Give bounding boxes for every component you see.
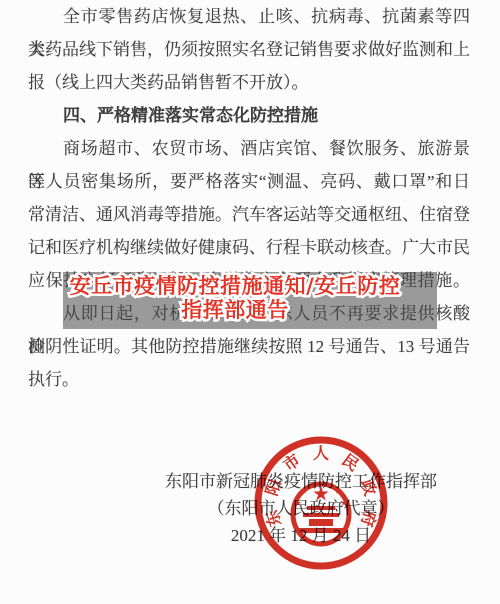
document-line: 全市零售药店恢复退热、止咳、抗病毒、抗菌素等四大 [28,0,470,33]
watermark-title-text: 指挥部通告 [181,298,289,322]
national-emblem-icon [293,484,349,544]
svg-text:阳: 阳 [262,477,285,498]
document-line: 常清洁、通风消毒等措施。汽车客运站等交通枢纽、住宿登 [28,198,470,231]
document-line: 商场超市、农贸市场、酒店宾馆、餐饮服务、旅游景区 [28,132,470,165]
document-line: 类药品线下销售，仍须按照实名登记销售要求做好监测和上 [28,33,470,66]
svg-text:府: 府 [357,508,380,529]
watermark-title-line-2: 指挥部通告 指挥部通告 [46,298,424,322]
watermark-title: 安丘市疫情防控措施通知/安丘防控 安丘市疫情防控措施通知/安丘防控 指挥部通告 … [46,274,424,322]
official-seal: 东 阳 市 人 民 政 府 [250,432,392,574]
document-line: 测阴性证明。其他防控措施继续按照 12 号通告、13 号通告 [28,330,470,363]
notice-document: 全市零售药店恢复退热、止咳、抗病毒、抗菌素等四大 类药品线下销售，仍须按照实名登… [0,0,500,604]
document-body: 全市零售药店恢复退热、止咳、抗病毒、抗菌素等四大 类药品线下销售，仍须按照实名登… [28,0,470,396]
document-line: 执行。 [28,363,470,396]
document-line: 记和医疗机构继续做好健康码、行程卡联动核查。广大市民 [28,231,470,264]
svg-text:政: 政 [357,477,380,498]
svg-text:人: 人 [313,444,329,463]
watermark-title-line-1: 安丘市疫情防控措施通知/安丘防控 安丘市疫情防控措施通知/安丘防控 [46,274,424,298]
watermark-title-text: 安丘市疫情防控措施通知/安丘防控 [70,274,401,298]
svg-text:东: 东 [262,508,285,529]
document-line: 报（线上四大类药品销售暂不开放）。 [28,66,470,99]
section-heading: 四、严格精准落实常态化防控措施 [28,99,470,132]
document-line: 等人员密集场所，要严格落实“测温、亮码、戴口罩”和日 [28,165,470,198]
